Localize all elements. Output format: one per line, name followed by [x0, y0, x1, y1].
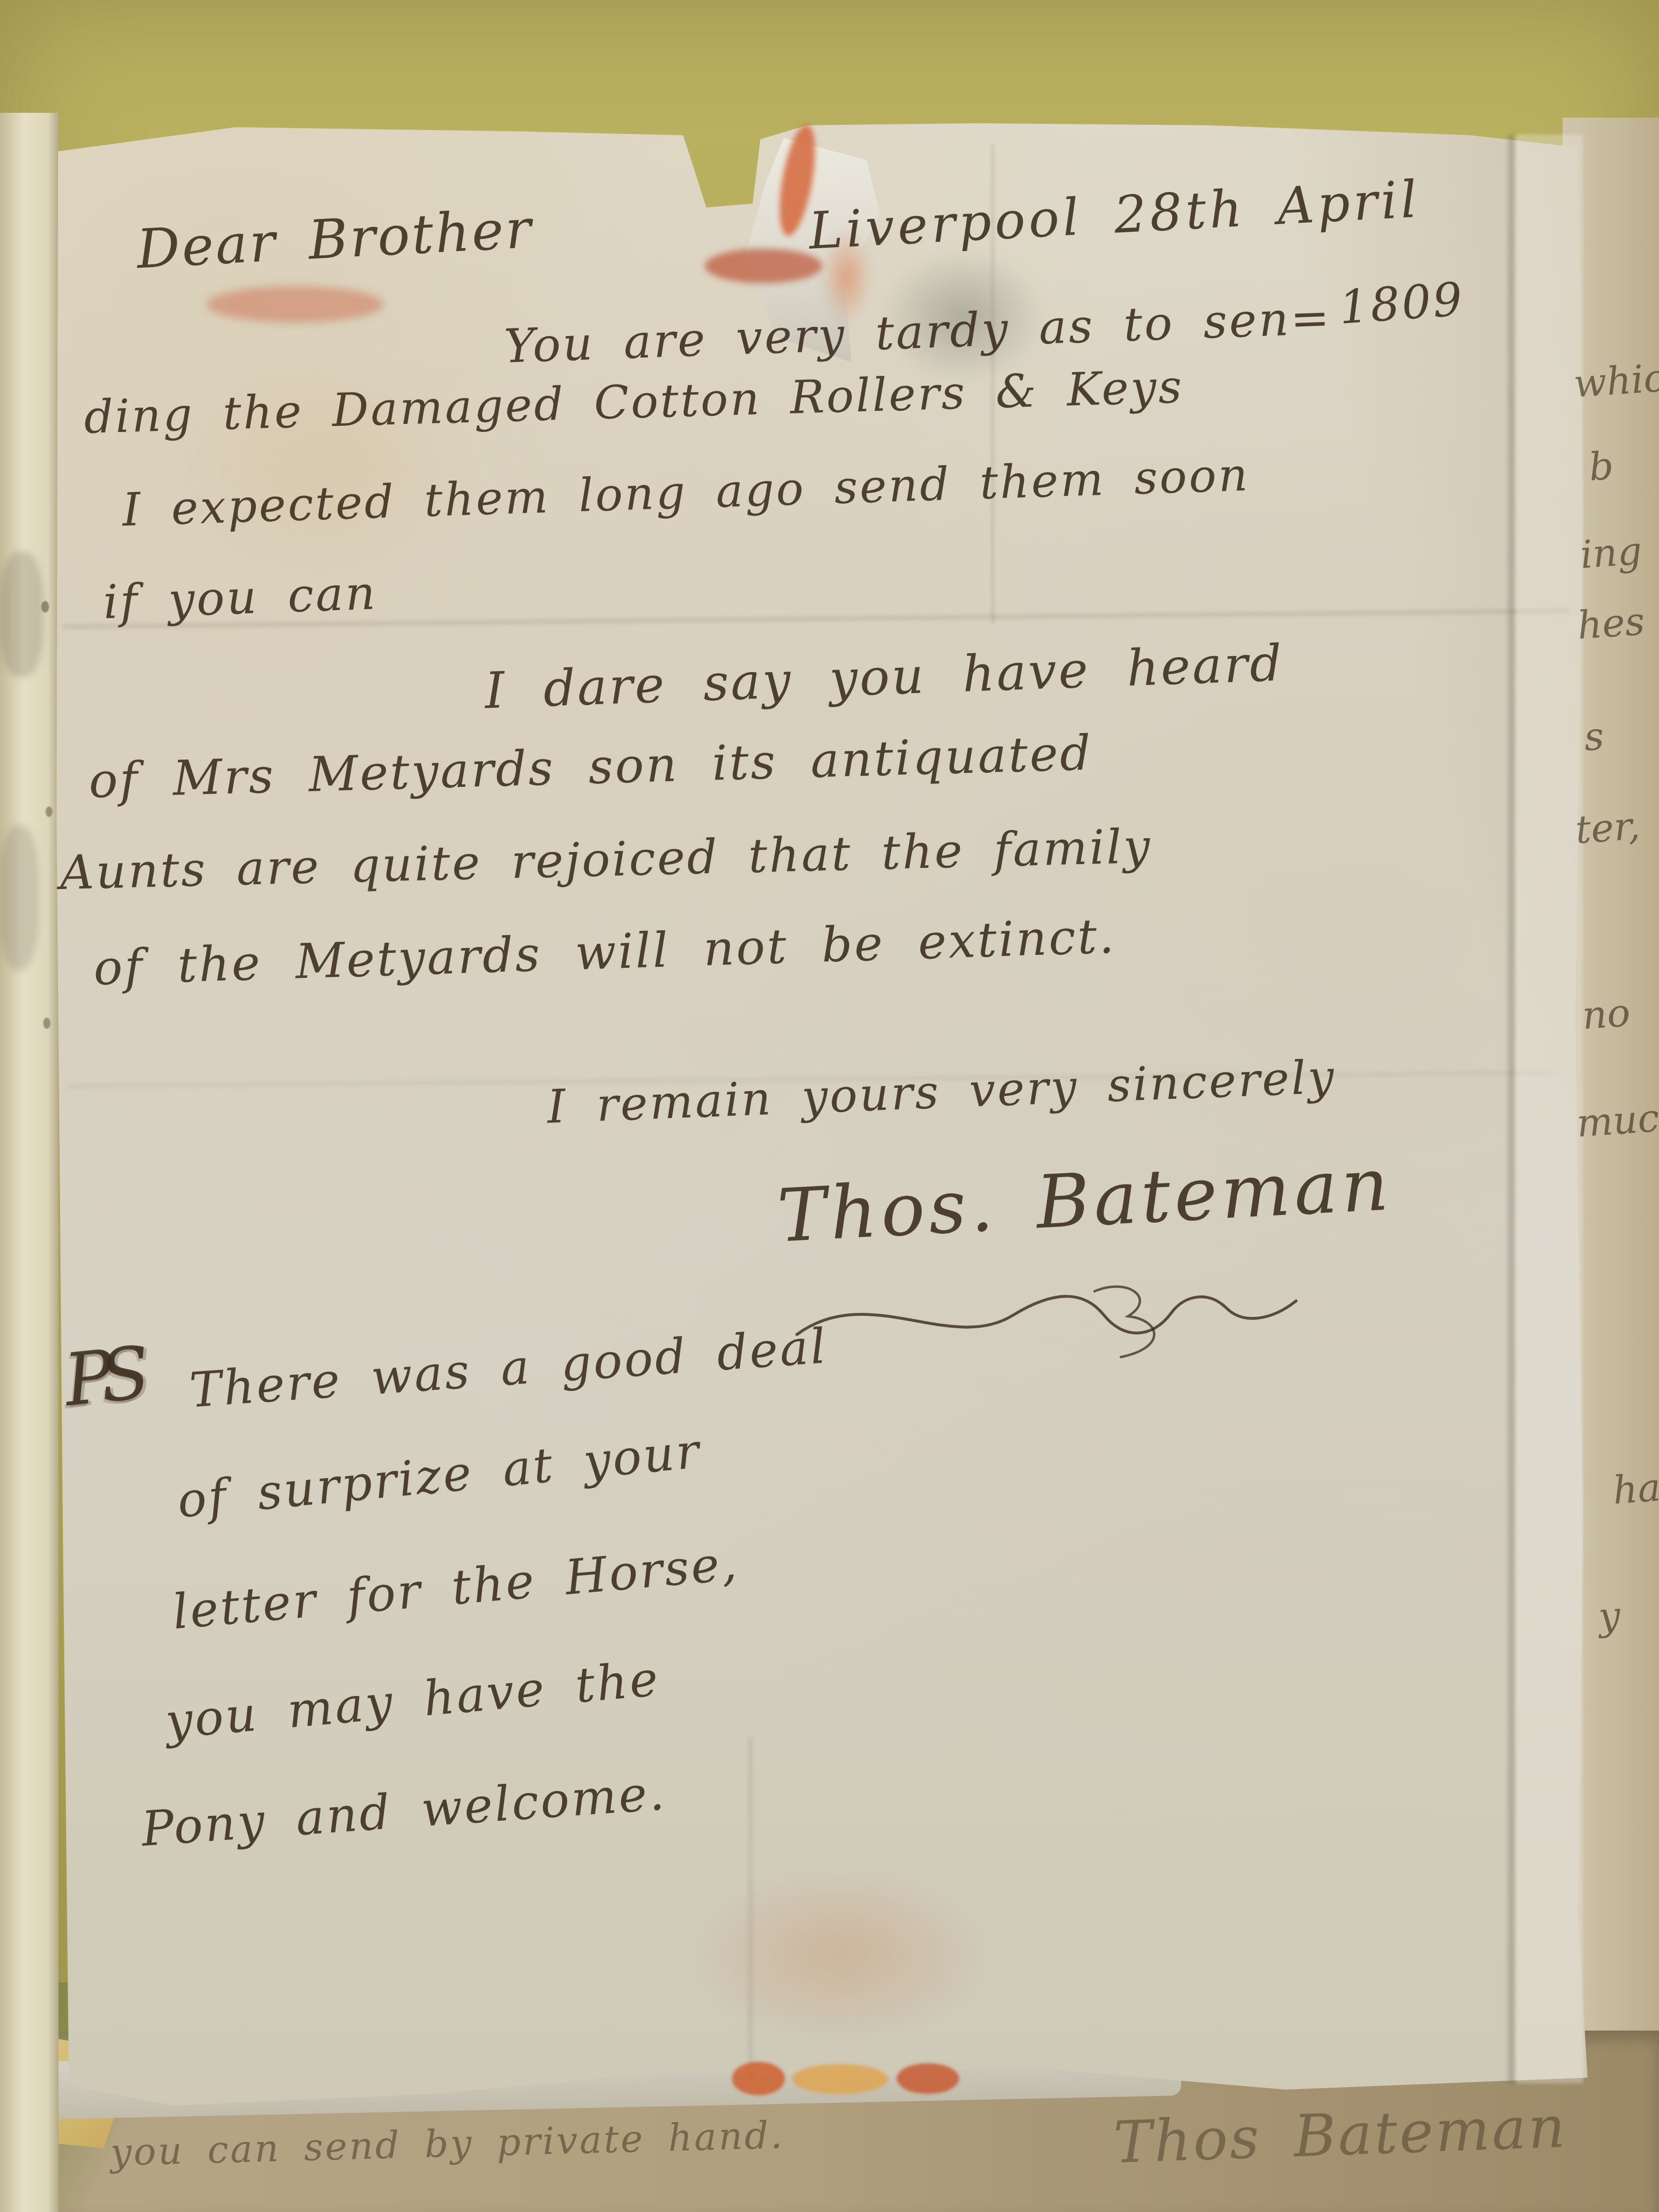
- binding-speck: [46, 806, 52, 817]
- wax-bit: [792, 2064, 888, 2094]
- edge-fragment: ha: [1611, 1465, 1659, 1513]
- right-fold-shadow: [1508, 134, 1514, 2083]
- body-line: if you can: [102, 565, 378, 629]
- edge-fragment: s: [1583, 714, 1605, 760]
- dateline-year: 1809: [1337, 272, 1466, 335]
- right-fold-highlight: [1516, 134, 1583, 2083]
- wax-bit: [732, 2062, 785, 2095]
- postscript-monogram: PS: [60, 1332, 142, 1423]
- fold-crease-vertical: [749, 1738, 752, 2083]
- left-margin-showthrough: [0, 826, 38, 970]
- wax-smear-salutation: [206, 286, 384, 323]
- photograph-of-letter: Dear Brother Liverpool 28th April 1809 Y…: [0, 0, 1659, 2212]
- left-page-edges: [0, 113, 59, 2212]
- binding-speck: [43, 1018, 50, 1029]
- edge-fragment: muc: [1575, 1095, 1659, 1146]
- edge-fragment: no: [1581, 990, 1632, 1038]
- wax-bit: [897, 2063, 959, 2094]
- edge-fragment: which: [1572, 354, 1659, 407]
- edge-fragment: ter,: [1574, 803, 1642, 852]
- signature-flourish: [787, 1262, 1315, 1387]
- wax-seal-stain: [705, 249, 822, 283]
- left-margin-showthrough: [0, 552, 43, 677]
- edge-fragment: y: [1597, 1593, 1622, 1639]
- seal-stain-bottom: [638, 1834, 1042, 2074]
- edge-fragment: hes: [1576, 599, 1646, 648]
- edge-fragment: b: [1587, 443, 1615, 489]
- edge-fragment: ing: [1579, 529, 1644, 577]
